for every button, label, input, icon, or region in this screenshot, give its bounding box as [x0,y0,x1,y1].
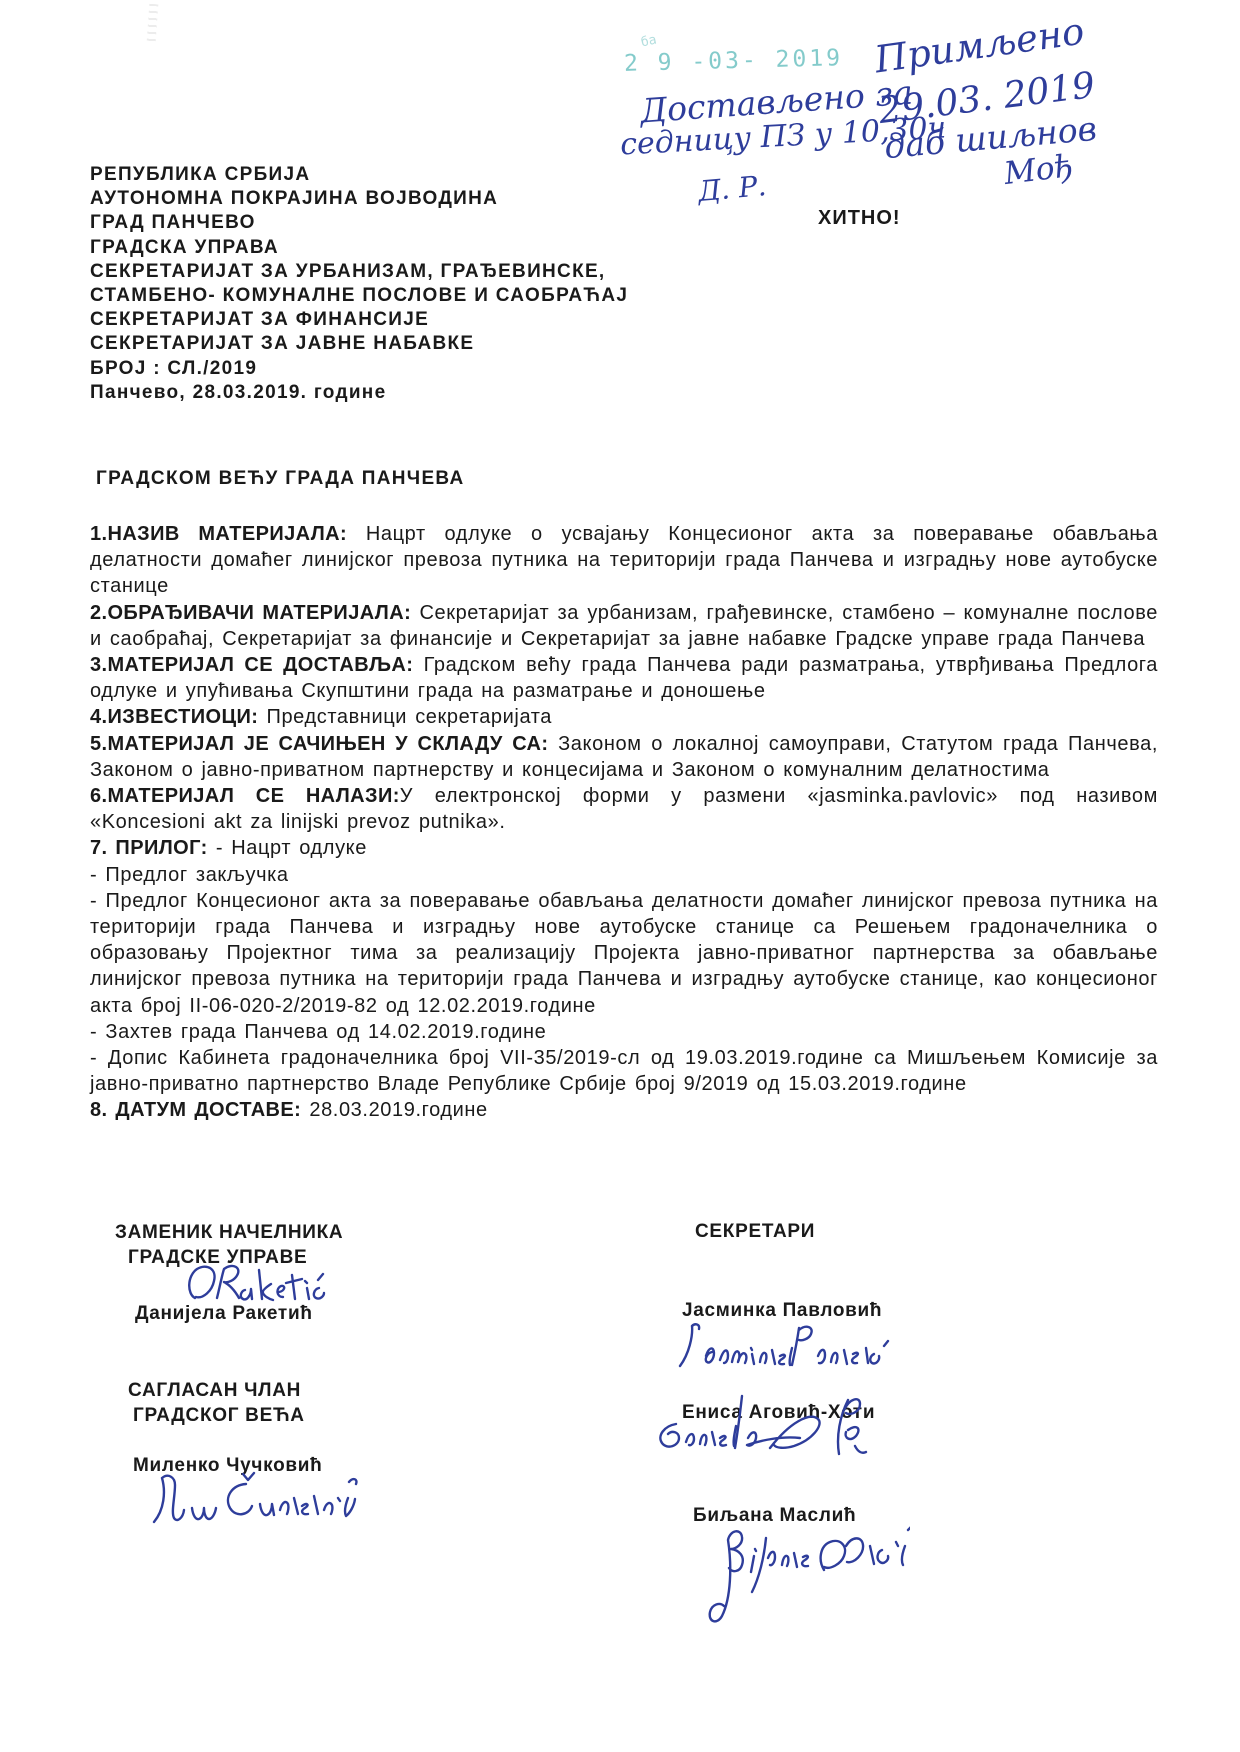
signer-title-consenting-member: САГЛАСАН ЧЛАН [128,1380,301,1402]
scanned-document-page: ба 2 9 -03- 2019 Примљено 29.03. 2019 да… [0,0,1240,1752]
paragraph-text: - Предлог Концесионог акта за поверавање… [90,890,1158,1017]
paragraph-text: - Нацрт одлуке [208,837,367,859]
paragraph-label: 4.ИЗВЕСТИОЦИ: [90,706,258,728]
handwritten-note-received-extra2: Мођ [1002,148,1076,192]
body-paragraph: 1.НАЗИВ МАТЕРИЈАЛА: Нацрт одлуке о усвај… [90,521,1158,600]
body-paragraph: - Предлог Концесионог акта за поверавање… [90,888,1158,1019]
stamp-fragment: ба [640,33,658,51]
urgent-label: ХИТНО! [818,207,901,230]
scan-smudge [147,4,159,43]
paragraph-label: 2.ОБРАЂИВАЧИ МАТЕРИЈАЛА: [90,602,411,624]
handwritten-initials: Д. Р. [697,169,768,208]
signature-biljana-maslic [700,1518,910,1638]
paragraph-label: 5.МАТЕРИЈАЛ ЈЕ САЧИЊЕН У СКЛАДУ СА: [90,733,548,755]
paragraph-label: 1.НАЗИВ МАТЕРИЈАЛА: [90,523,347,545]
signer-title-secretaries: СЕКРЕТАРИ [695,1221,815,1243]
paragraph-label: 7. ПРИЛОГ: [90,837,208,859]
paragraph-label: 6.МАТЕРИЈАЛ СЕ НАЛАЗИ: [90,785,400,807]
paragraph-text: 28.03.2019.године [301,1099,488,1121]
signature-milenko-cuckovic [146,1468,396,1543]
paragraph-label: 8. ДАТУМ ДОСТАВЕ: [90,1099,301,1121]
addressee: ГРАДСКОМ ВЕЋУ ГРАДА ПАНЧЕВА [96,468,465,490]
document-number: БРОЈ : СЛ./2019 [90,357,628,381]
signature-jasminka-pavlovic [676,1320,906,1380]
signature-danijela-raketic [183,1260,333,1313]
body-paragraph: - Захтев града Панчева од 14.02.2019.год… [90,1019,1158,1045]
paragraph-text: - Захтев града Панчева од 14.02.2019.год… [90,1021,546,1043]
body-paragraph: 2.ОБРАЂИВАЧИ МАТЕРИЈАЛА: Секретаријат за… [90,600,1158,652]
body-paragraph: 6.МАТЕРИЈАЛ СЕ НАЛАЗИ:У електронској фор… [90,783,1158,835]
body-paragraph: 7. ПРИЛОГ: - Нацрт одлуке [90,835,1158,861]
signer-title-deputy-chief: ЗАМЕНИК НАЧЕЛНИКА [115,1222,343,1244]
letterhead-line: СЕКРЕТАРИЈАТ ЗА УРБАНИЗАМ, ГРАЂЕВИНСКЕ, [90,260,628,284]
letterhead-line: ГРАД ПАНЧЕВО [90,211,628,235]
paragraph-text: Представници секретаријата [258,706,552,728]
paragraph-text: - Предлог закључка [90,864,289,886]
paragraph-label: 3.МАТЕРИЈАЛ СЕ ДОСТАВЉА: [90,654,413,676]
letterhead-line: СЕКРЕТАРИЈАТ ЗА ЈАВНЕ НАБАВКЕ [90,332,628,356]
body-paragraph: 5.МАТЕРИЈАЛ ЈЕ САЧИЊЕН У СКЛАДУ СА: Зако… [90,731,1158,783]
signer-title-city-council: ГРАДСКОГ ВЕЋА [133,1405,305,1427]
document-date: Панчево, 28.03.2019. године [90,381,628,405]
body-paragraph: 3.МАТЕРИЈАЛ СЕ ДОСТАВЉА: Градском већу г… [90,652,1158,704]
body-paragraph: - Предлог закључка [90,862,1158,888]
paragraph-text: - Допис Кабинета градоначелника број VII… [90,1047,1158,1095]
signature-enisa-agovic-hoti [652,1388,902,1471]
letterhead-line: СТАМБЕНО- КОМУНАЛНЕ ПОСЛОВЕ И САОБРАЋАЈ [90,284,628,308]
letterhead: РЕПУБЛИКА СРБИЈА АУТОНОМНА ПОКРАЈИНА ВОЈ… [90,163,628,405]
signer-name-jasminka-pavlovic: Јасминка Павловић [682,1300,882,1322]
date-stamp: 2 9 -03- 2019 [624,45,844,77]
document-body: 1.НАЗИВ МАТЕРИЈАЛА: Нацрт одлуке о усвај… [90,521,1158,1124]
body-paragraph: - Допис Кабинета градоначелника број VII… [90,1045,1158,1097]
letterhead-line: СЕКРЕТАРИЈАТ ЗА ФИНАНСИЈЕ [90,308,628,332]
letterhead-line: РЕПУБЛИКА СРБИЈА [90,163,628,187]
body-paragraph: 4.ИЗВЕСТИОЦИ: Представници секретаријата [90,704,1158,730]
letterhead-line: ГРАДСКА УПРАВА [90,236,628,260]
letterhead-line: АУТОНОМНА ПОКРАЈИНА ВОЈВОДИНА [90,187,628,211]
body-paragraph: 8. ДАТУМ ДОСТАВЕ: 28.03.2019.године [90,1097,1158,1123]
